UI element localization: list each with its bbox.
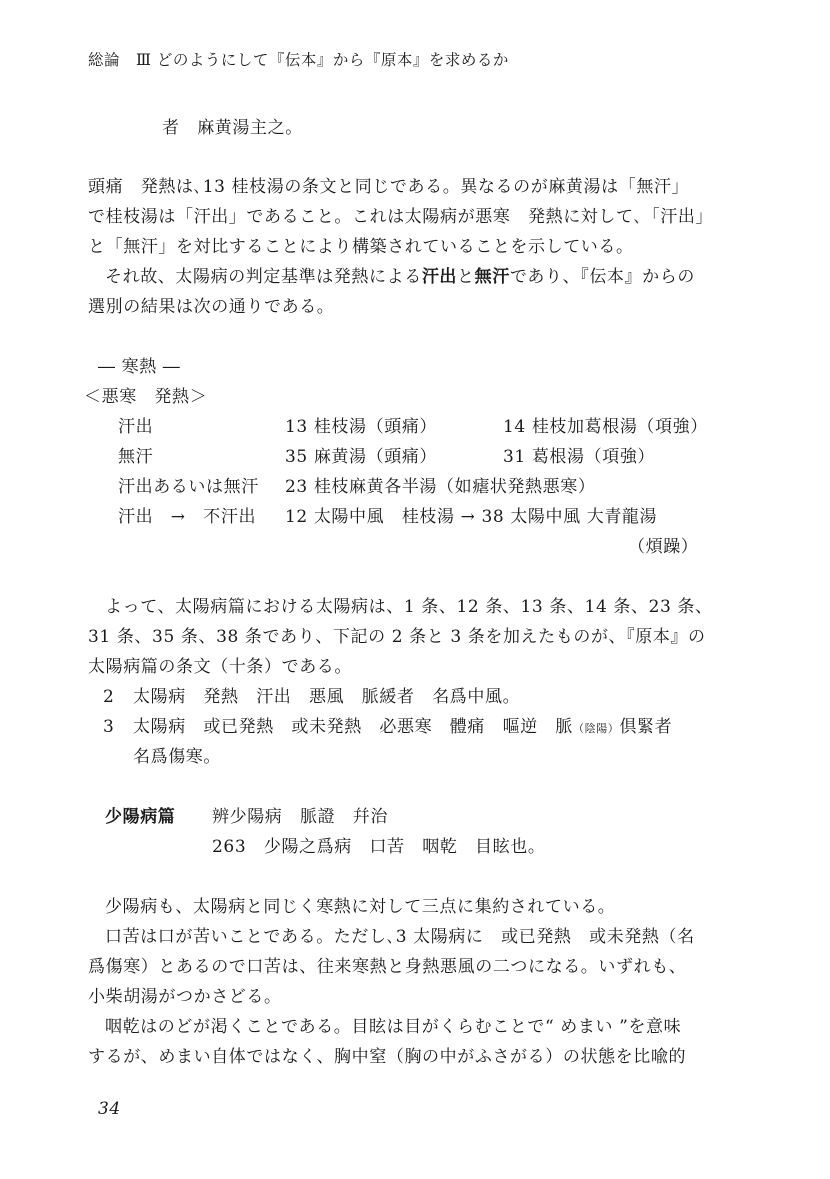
continuation-text: （煩躁） <box>628 536 698 558</box>
text-line: それ故、太陽病の判定基準は発熱による汗出と無汗であり、『伝本』からの <box>88 266 695 288</box>
text-line: 咽乾はのどが渇くことである。目眩は目がくらむことで“ めまい ”を意味 <box>105 1016 681 1038</box>
text-span: それ故、太陽病の判定基準は発熱による <box>105 267 422 287</box>
formula-2: 14 桂枝加葛根湯（項強） <box>503 416 708 438</box>
article-number: 2 <box>103 686 114 708</box>
formula-2: 31 葛根湯（項強） <box>503 446 655 468</box>
text-span: 倶緊者 <box>619 717 672 737</box>
formula-1: 23 桂枝麻黄各半湯（如瘧状発熱悪寒） <box>285 476 595 498</box>
text-line: 太陽病篇の条文（十条）である。 <box>88 656 352 678</box>
text-line: 口苦は口が苦いことである。ただし､3 太陽病に 或已発熱 或未発熱（名 <box>105 926 695 948</box>
text-line: するが、めまい自体ではなく、胸中窒（胸の中がふさがる）の状態を比喩的 <box>88 1046 686 1068</box>
formula-1: 35 麻黄湯（頭痛） <box>285 446 437 468</box>
section-subtitle: 辨少陽病 脈證 幷治 <box>212 806 388 828</box>
text-span: であり、『伝本』からの <box>510 267 695 287</box>
section-title: ― 寒熱 ― <box>98 356 180 378</box>
condition: 無汗 <box>118 446 153 468</box>
text-line: で桂枝湯は「汗出」であること。これは太陽病が悪寒 発熱に対して､「汗出」 <box>88 206 713 228</box>
text-line: 爲傷寒）とあるので口苦は、往来寒熱と身熱悪風の二つになる。いずれも、 <box>88 956 686 978</box>
text-span: と <box>457 267 475 287</box>
text-line: 頭痛 発熱は､13 桂枝湯の条文と同じである。異なるのが麻黄湯は「無汗」 <box>88 176 689 198</box>
text-span: 太陽病 或已発熱 或未発熱 必悪寒 體痛 嘔逆 脈 <box>133 717 573 737</box>
article-263: 263 少陽之爲病 口苦 咽乾 目眩也。 <box>212 836 545 858</box>
condition: 汗出あるいは無汗 <box>118 476 259 498</box>
article-text-continuation: 名爲傷寒。 <box>133 746 221 768</box>
running-header: 総論 Ⅲ どのようにして『伝本』から『原本』を求めるか <box>88 49 509 71</box>
text-line: と「無汗」を対比することにより構築されていることを示している。 <box>88 236 634 258</box>
text-line: 選別の結果は次の通りである。 <box>88 296 334 318</box>
book-page: 総論 Ⅲ どのようにして『伝本』から『原本』を求めるか 者 麻黄湯主之。 頭痛 … <box>0 0 830 1179</box>
condition: 汗出 <box>118 416 153 438</box>
formula-1: 12 太陽中風 桂枝湯 → 38 太陽中風 大青龍湯 <box>285 506 657 528</box>
text-line: よって、太陽病篇における太陽病は、1 条、12 条、13 条、14 条、23 条… <box>105 596 713 618</box>
formula-1: 13 桂枝湯（頭痛） <box>285 416 437 438</box>
text-line: 31 条、35 条、38 条であり、下記の 2 条と 3 条を加えたものが、『原… <box>88 626 706 648</box>
section-subtitle: ＜悪寒 発熱＞ <box>84 386 207 408</box>
intro-line: 者 麻黄湯主之。 <box>162 117 303 139</box>
text-line: 小柴胡湯がつかさどる。 <box>88 986 282 1008</box>
text-line: 少陽病も、太陽病と同じく寒熱に対して三点に集約されている。 <box>105 896 615 918</box>
article-text: 太陽病 発熱 汗出 悪風 脈緩者 名爲中風。 <box>133 686 520 708</box>
section-heading: 少陽病篇 <box>105 806 175 828</box>
page-number: 34 <box>98 1098 121 1120</box>
condition: 汗出 → 不汗出 <box>118 506 256 528</box>
article-text: 太陽病 或已発熱 或未発熱 必悪寒 體痛 嘔逆 脈（陰陽）倶緊者 <box>133 716 672 740</box>
bold-term: 汗出 <box>422 267 457 287</box>
annotation-small: （陰陽） <box>573 722 619 735</box>
article-number: 3 <box>103 716 114 738</box>
bold-term: 無汗 <box>475 267 510 287</box>
